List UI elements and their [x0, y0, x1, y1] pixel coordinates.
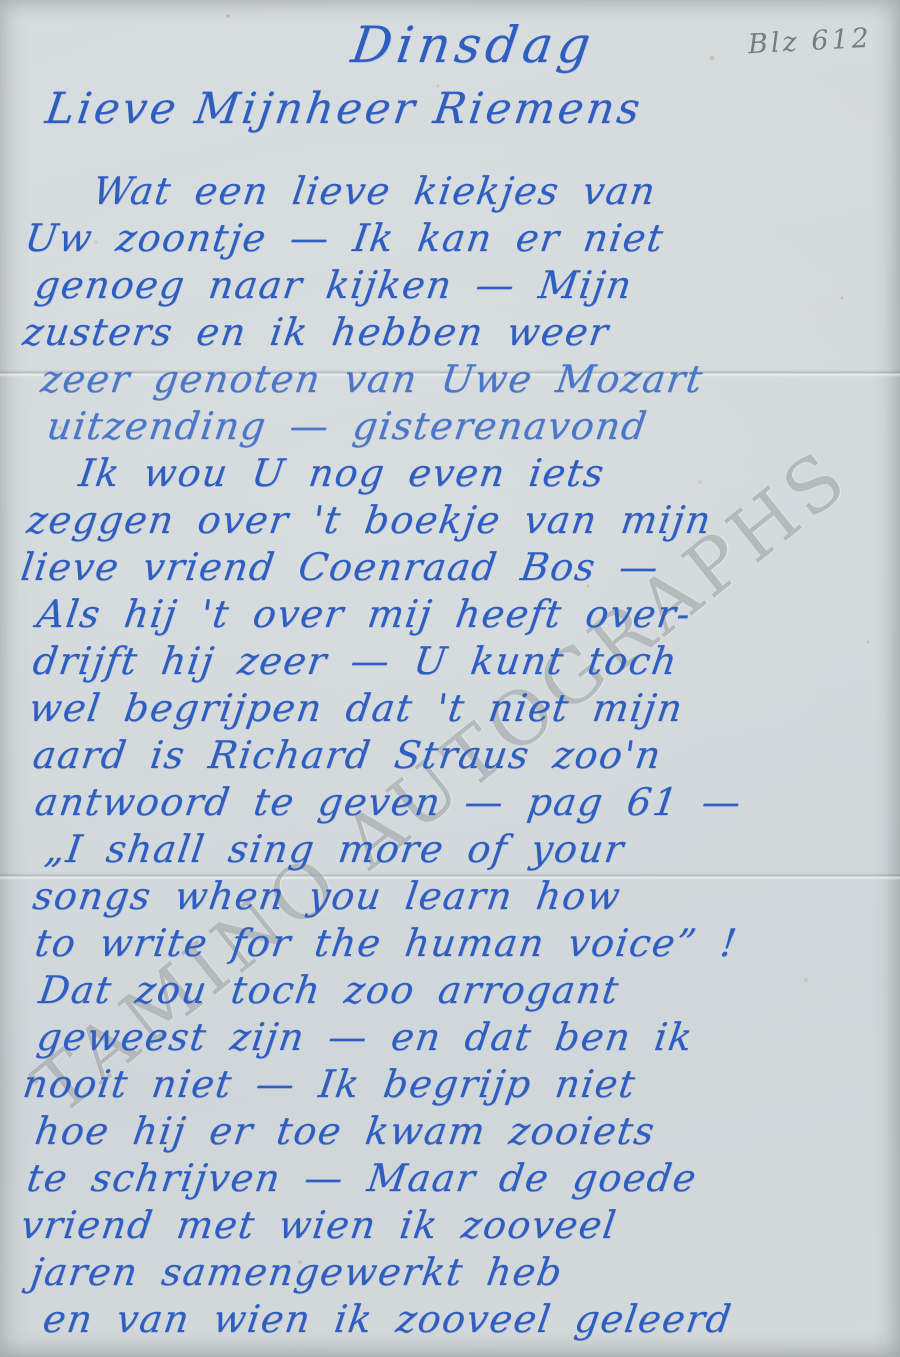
letter-line: Wat een lieve kiekjes van — [18, 168, 899, 215]
letter-line: hoe hij er toe kwam zooiets — [18, 1108, 899, 1155]
letter-line: aard is Richard Straus zoo'n — [18, 732, 899, 779]
letter-line: geweest zijn — en dat ben ik — [18, 1014, 899, 1061]
letter-line: zusters en ik hebben weer — [18, 309, 899, 356]
letter-line: vriend met wien ik zooveel — [18, 1202, 899, 1249]
letter-body: Wat een lieve kiekjes van Uw zoontje — I… — [18, 168, 892, 1343]
letter-line: zeer genoten van Uwe Mozart — [18, 356, 899, 403]
letter-line: to write for the human voice” ! — [18, 920, 899, 967]
letter-line: genoeg naar kijken — Mijn — [18, 262, 899, 309]
letter-line: songs when you learn how — [18, 873, 899, 920]
letter-date-heading: Dinsdag — [348, 16, 599, 74]
letter-line: wel begrijpen dat 't niet mijn — [18, 685, 899, 732]
letter-line: Dat zou toch zoo arrogant — [18, 967, 899, 1014]
letter-page: TAMINO AUTOGRAPHS Blz 612 Dinsdag Lieve … — [0, 0, 900, 1357]
letter-line: „I shall sing more of your — [18, 826, 899, 873]
letter-line: te schrijven — Maar de goede — [18, 1155, 899, 1202]
letter-line: lieve vriend Coenraad Bos — — [18, 544, 899, 591]
letter-line: drijft hij zeer — U kunt toch — [18, 638, 899, 685]
letter-line: uitzending — gisterenavond — [18, 403, 899, 450]
letter-line: antwoord te geven — pag 61 — — [18, 779, 899, 826]
letter-line: nooit niet — Ik begrijp niet — [18, 1061, 899, 1108]
letter-line: Als hij 't over mij heeft over- — [18, 591, 899, 638]
letter-salutation: Lieve Mijnheer Riemens — [42, 84, 645, 134]
letter-line: en van wien ik zooveel geleerd — [18, 1296, 899, 1343]
letter-line: zeggen over 't boekje van mijn — [18, 497, 899, 544]
letter-line: Ik wou U nog even iets — [18, 450, 899, 497]
pencil-page-annotation: Blz 612 — [747, 23, 872, 60]
letter-line: jaren samengewerkt heb — [18, 1249, 899, 1296]
letter-line: Uw zoontje — Ik kan er niet — [18, 215, 899, 262]
